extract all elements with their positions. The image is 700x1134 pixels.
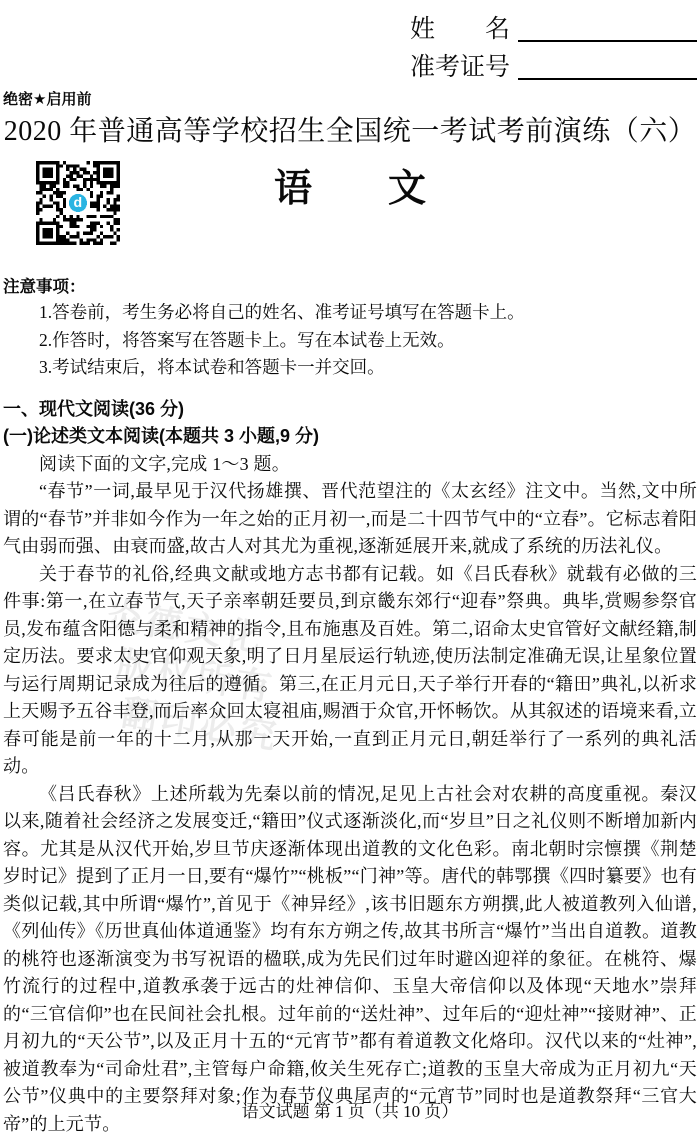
qr-subject-row: d 语 文 [3,157,697,253]
notice-list: 1.答卷前，考生务必将自己的姓名、准考证号填写在答题卡上。 2.作答时，将答案写… [3,299,697,382]
name-label: 姓 名 [410,17,510,42]
ticket-label: 准考证号 [410,55,510,80]
secrecy-notice: 绝密★启用前 [3,91,697,109]
part-heading: 一、现代文阅读(36 分) [3,396,697,424]
passage-paragraph: 《吕氏春秋》上述所载为先秦以前的情况,足见上古社会对农耕的高度重视。秦汉以来,随… [3,781,697,1134]
notice-item: 3.考试结束后，将本试卷和答题卡一并交回。 [39,354,697,382]
exam-title: 2020 年普通高等学校招生全国统一考试考前演练（六） [3,114,697,149]
name-field-row: 姓 名 [410,4,697,42]
sub-heading: (一)论述类文本阅读(本题共 3 小题,9 分) [3,423,697,451]
notice-item: 1.答卷前，考生务必将自己的姓名、准考证号填写在答题卡上。 [39,299,697,327]
passage-paragraph: “春节”一词,最早见于汉代扬雄撰、晋代范望注的《太玄经》注文中。当然,文中所谓的… [3,478,697,561]
candidate-fields: 姓 名 准考证号 [410,0,697,80]
name-blank-line [518,10,697,42]
passage-body: 阅读下面的文字,完成 1～3 题。 “春节”一词,最早见于汉代扬雄撰、晋代范望注… [3,451,697,1134]
passage-instruction: 阅读下面的文字,完成 1～3 题。 [3,451,697,479]
notice-item: 2.作答时，将答案写在答题卡上。写在本试卷上无效。 [39,327,697,355]
notice-heading: 注意事项： [3,275,697,299]
ticket-blank-line [518,48,697,80]
subject-title: 语 文 [3,167,697,213]
passage-paragraph: 关于春节的礼俗,经典文献或地方志书都有记载。如《吕氏春秋》就载有必做的三件事:第… [3,561,697,781]
page-footer: 语文试题 第 1 页（共 10 页） [3,1102,697,1122]
ticket-field-row: 准考证号 [410,42,697,80]
reading-section: 一、现代文阅读(36 分) (一)论述类文本阅读(本题共 3 小题,9 分) 阅… [3,396,697,1134]
